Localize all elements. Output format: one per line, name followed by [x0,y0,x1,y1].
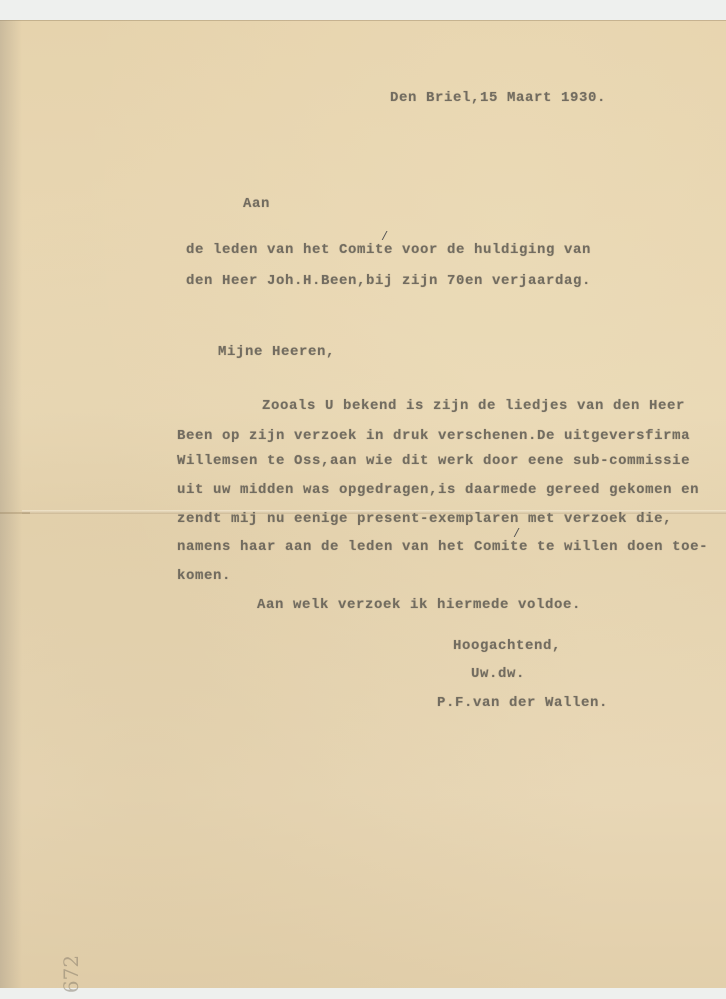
body-line: namens haar aan de leden van het Comite … [177,539,708,555]
place-date: Den Briel,15 Maart 1930. [390,90,606,106]
closing-abbreviation: Uw.dw. [471,666,525,682]
closing-sentence: Aan welk verzoek ik hiermede voldoe. [257,597,581,613]
signature: P.F.van der Wallen. [437,695,608,711]
paper-fold-crease [0,512,30,514]
letter-paper [0,20,726,988]
pencil-annotation: 672 [59,955,83,993]
body-line: komen. [177,568,231,584]
body-line: Zooals U bekend is zijn de liedjes van d… [262,398,685,414]
closing: Hoogachtend, [453,638,561,654]
salutation: Mijne Heeren, [218,344,335,360]
body-line: Been op zijn verzoek in druk verschenen.… [177,428,690,444]
body-line: Willemsen te Oss,aan wie dit werk door e… [177,453,690,469]
paper-edge-shadow [0,20,22,988]
recipient-line-2: den Heer Joh.H.Been,bij zijn 70en verjaa… [186,273,591,289]
recipient-line-1: de leden van het Comite voor de huldigin… [186,242,591,258]
recipient-prefix: Aan [243,196,270,212]
body-line: zendt mij nu eenige present-exemplaren m… [177,511,672,527]
body-line: uit uw midden was opgedragen,is daarmede… [177,482,699,498]
